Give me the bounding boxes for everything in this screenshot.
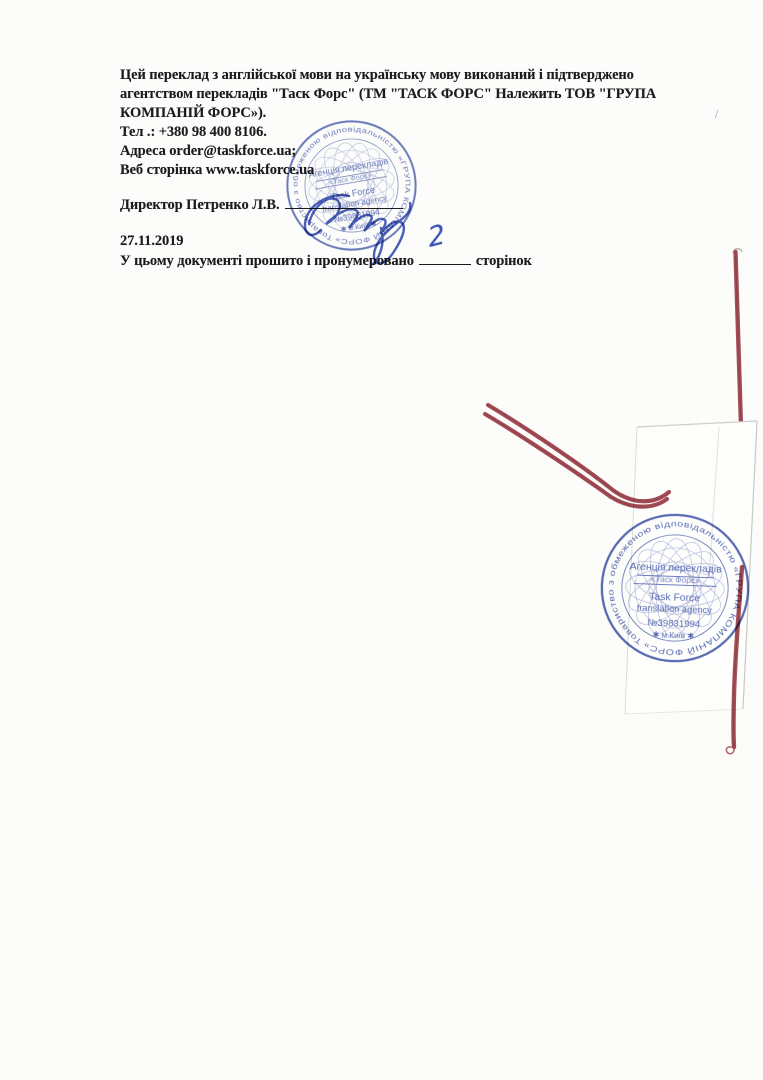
handwritten-page-count: 2 bbox=[427, 225, 446, 248]
certification-line-2: агентством перекладів "Таск Форс" (ТМ "Т… bbox=[120, 85, 656, 104]
stamp-registration-number: №39831994 bbox=[647, 618, 701, 631]
stamp-agency-uk: Агенція перекладів bbox=[630, 561, 723, 575]
stamp-ring-text: Товариство з обмеженою відповідальністю … bbox=[595, 508, 754, 667]
certification-line-1: Цей переклад з англійської мови на украї… bbox=[120, 66, 656, 85]
stamp-ink: Товариство з обмеженою відповідальністю … bbox=[595, 508, 754, 667]
pages-suffix: сторінок bbox=[476, 253, 532, 269]
date-line: 27.11.2019 bbox=[120, 232, 183, 251]
scanned-document-page: Цей переклад з англійської мови на украї… bbox=[0, 0, 763, 1080]
stamp-agency-en: Task Force bbox=[649, 591, 700, 604]
scan-speck bbox=[715, 110, 722, 120]
stamp-city: ✱ м.Київ ✱ bbox=[652, 630, 694, 640]
director-label: Директор Петренко Л.В. bbox=[120, 197, 280, 213]
stamp-agency-en-2: translation agency bbox=[637, 603, 713, 616]
agency-stamp-bottom: Товариство з обмеженою відповідальністю … bbox=[595, 508, 754, 667]
director-signature bbox=[293, 168, 428, 268]
